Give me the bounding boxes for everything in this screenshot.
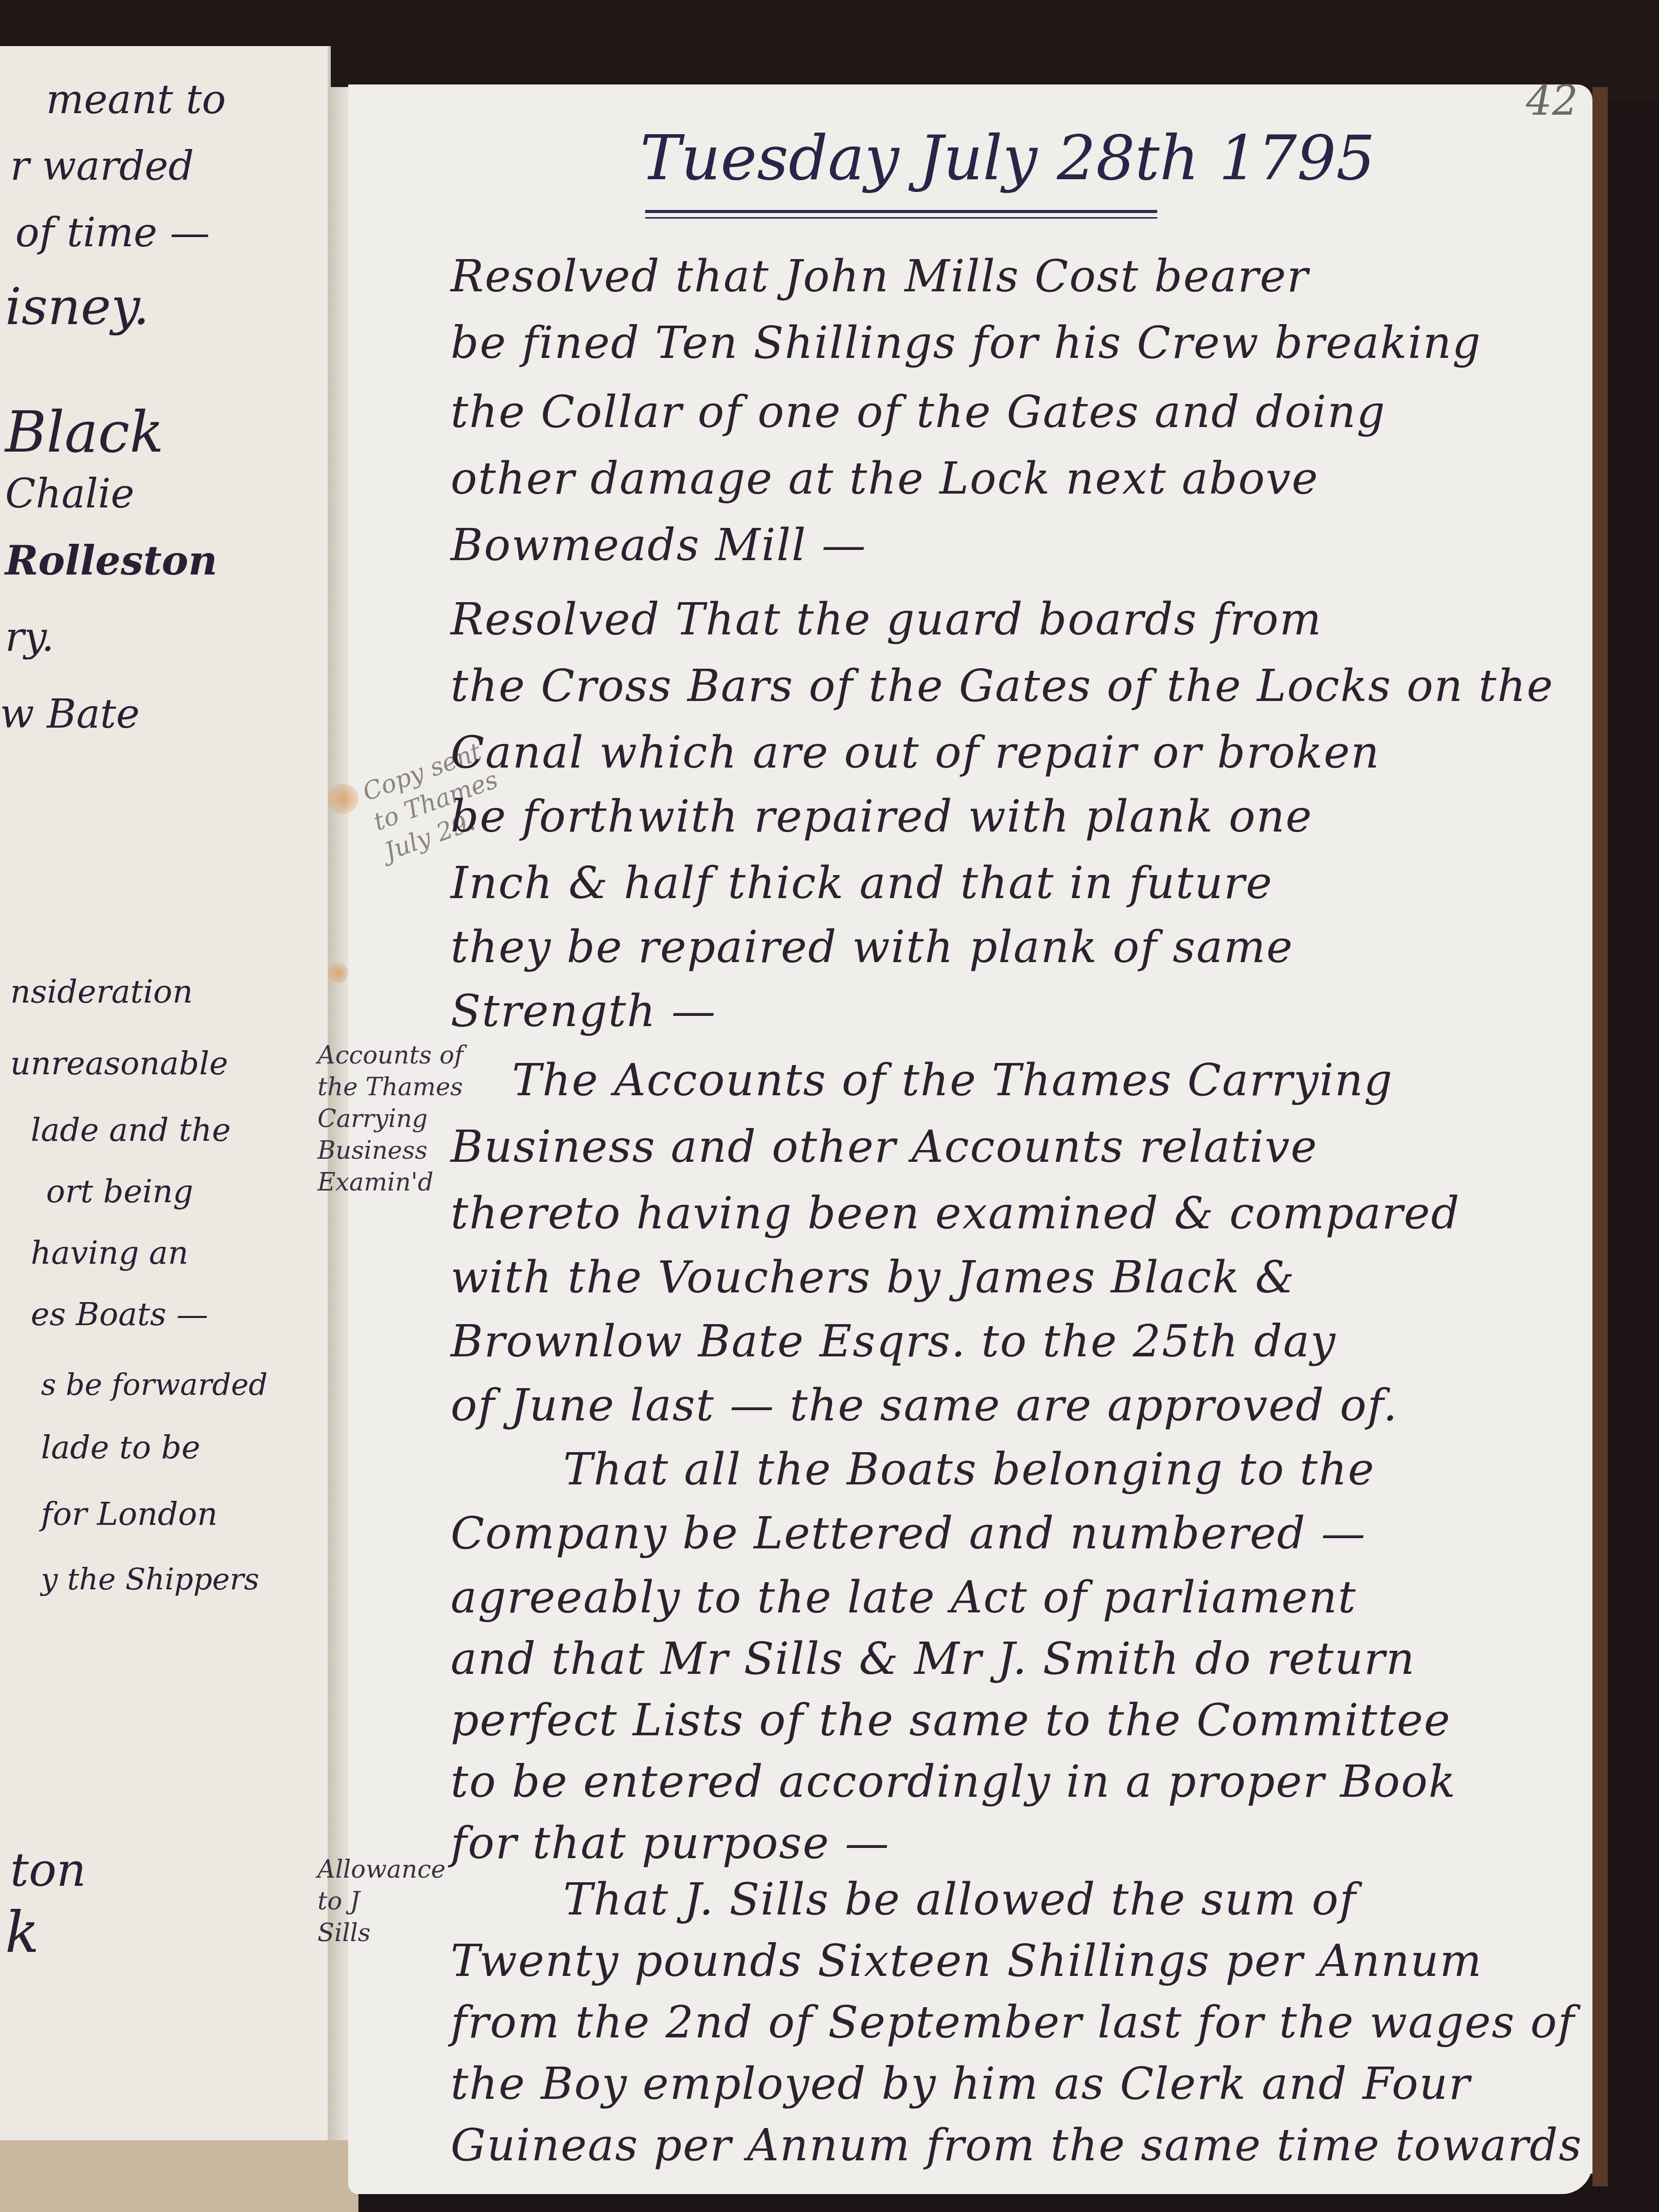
left-fragment: Chalie — [5, 471, 134, 517]
manuscript-line: The Accounts of the Thames Carrying — [512, 1055, 1393, 1106]
manuscript-line: with the Vouchers by James Black & — [451, 1252, 1295, 1303]
manuscript-line: be forthwith repaired with plank one — [451, 791, 1313, 842]
manuscript-line: from the 2nd of September last for the w… — [451, 1997, 1575, 2048]
manuscript-line: they be repaired with plank of same — [451, 922, 1293, 973]
left-page: meant to r warded of time — isney. Black… — [0, 46, 331, 2212]
manuscript-line: and that Mr Sills & Mr J. Smith do retur… — [451, 1633, 1415, 1685]
manuscript-line: That all the Boats belonging to the — [563, 1444, 1375, 1495]
margin-note-accounts: Accounts of the Thames Carrying Business… — [317, 1039, 463, 1198]
left-fragment: isney. — [5, 276, 150, 336]
manuscript-line: Resolved that John Mills Cost bearer — [451, 251, 1309, 302]
manuscript-line: for that purpose — — [451, 1818, 890, 1869]
page-number: 42 — [1526, 77, 1578, 124]
manuscript-line: Strength — — [451, 986, 716, 1037]
manuscript-line: other damage at the Lock next above — [451, 453, 1319, 504]
manuscript-line: agreeably to the late Act of parliament — [451, 1572, 1357, 1623]
table-surface — [0, 2140, 358, 2212]
manuscript-line: thereto having been examined & compared — [451, 1188, 1460, 1239]
manuscript-line: the Cross Bars of the Gates of the Locks… — [451, 661, 1554, 712]
manuscript-line: Inch & half thick and that in future — [451, 858, 1273, 909]
manuscript-line: Brownlow Bate Esqrs. to the 25th day — [451, 1316, 1336, 1367]
heading-underline — [645, 210, 1157, 219]
left-fragment: having an — [31, 1234, 188, 1271]
left-fragment: ry. — [5, 614, 54, 661]
manuscript-line: Twenty pounds Sixteen Shillings per Annu… — [451, 1936, 1482, 1987]
left-fragment: ort being — [46, 1173, 193, 1210]
manuscript-line: Bowmeads Mill — — [451, 520, 867, 571]
page-heading: Tuesday July 28th 1795 — [640, 123, 1375, 194]
left-fragment: w Bate — [0, 691, 140, 737]
left-fragment: Black — [5, 399, 164, 465]
left-fragment: ton — [10, 1843, 86, 1897]
left-fragment: s be forwarded — [41, 1367, 268, 1402]
left-fragment: of time — — [15, 210, 210, 256]
manuscript-line: to be entered accordingly in a proper Bo… — [451, 1756, 1456, 1807]
left-fragment: Rolleston — [5, 538, 217, 584]
stain — [328, 783, 358, 814]
page-edge — [1592, 87, 1608, 2186]
left-fragment: unreasonable — [10, 1045, 228, 1082]
left-fragment: nsideration — [10, 973, 193, 1010]
manuscript-line: That J. Sills be allowed the sum of — [563, 1874, 1357, 1925]
manuscript-line: be fined Ten Shillings for his Crew brea… — [451, 317, 1481, 369]
left-fragment: meant to — [46, 77, 226, 123]
left-fragment: lade to be — [41, 1429, 200, 1466]
left-fragment: es Boats — — [31, 1295, 208, 1333]
margin-note-allowance: Allowance to J Sills — [317, 1854, 445, 1949]
left-fragment: for London — [41, 1495, 218, 1533]
left-fragment: lade and the — [31, 1111, 231, 1148]
left-fragment: k — [5, 1900, 39, 1965]
left-fragment: y the Shippers — [41, 1562, 259, 1597]
manuscript-line: Business and other Accounts relative — [451, 1121, 1318, 1173]
manuscript-line: the Boy employed by him as Clerk and Fou… — [451, 2058, 1471, 2110]
manuscript-line: Guineas per Annum from the same time tow… — [451, 2120, 1583, 2171]
manuscript-line: Canal which are out of repair or broken — [451, 727, 1380, 778]
manuscript-line: Resolved That the guard boards from — [451, 594, 1322, 645]
manuscript-line: perfect Lists of the same to the Committ… — [451, 1695, 1451, 1746]
left-fragment: r warded — [10, 143, 194, 189]
stain — [328, 963, 348, 983]
manuscript-line: the Collar of one of the Gates and doing — [451, 387, 1386, 438]
manuscript-line: of June last — the same are approved of. — [451, 1380, 1398, 1431]
manuscript-line: Company be Lettered and numbered — — [451, 1508, 1366, 1559]
